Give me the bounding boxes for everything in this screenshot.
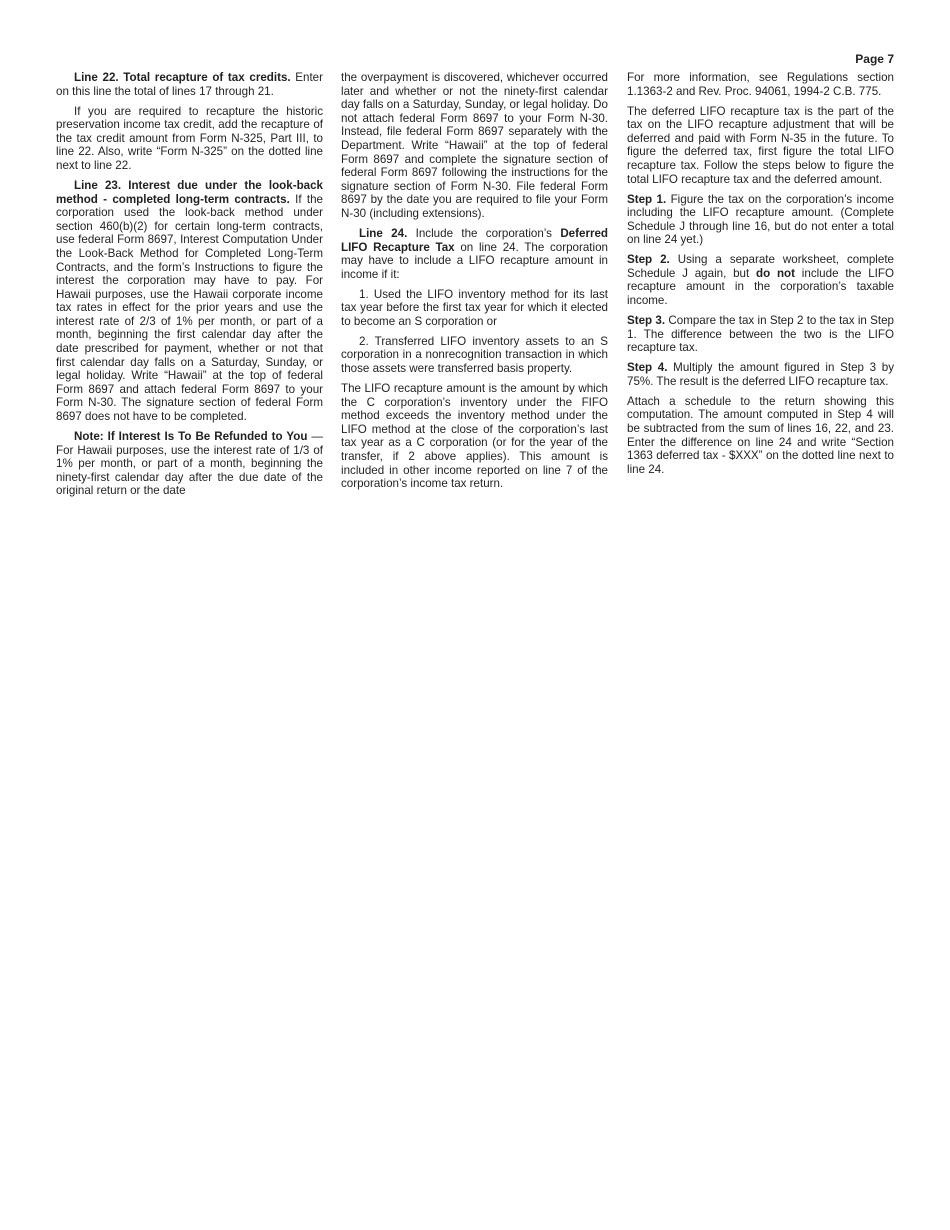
step-4-paragraph: Step 4. Multiply the amount figured in S… xyxy=(627,361,894,388)
step-3-paragraph: Step 3. Compare the tax in Step 2 to the… xyxy=(627,314,894,355)
more-info-paragraph: For more information, see Regulations se… xyxy=(627,71,894,98)
column-2: the overpayment is discovered, whichever… xyxy=(341,71,608,497)
step-1-label: Step 1. xyxy=(627,193,666,206)
historic-preservation-paragraph: If you are required to recapture the his… xyxy=(56,105,323,173)
line-23-heading: Line 23. Interest due under the look-bac… xyxy=(56,179,323,206)
condition-2-paragraph: 2. Transferred LIFO inventory assets to … xyxy=(341,335,608,376)
step-3-label: Step 3. xyxy=(627,314,665,327)
column-3: For more information, see Regulations se… xyxy=(627,71,894,483)
overpayment-continued-paragraph: the overpayment is discovered, whichever… xyxy=(341,71,608,221)
deferred-tax-paragraph: The deferred LIFO recapture tax is the p… xyxy=(627,105,894,187)
line-23-paragraph: Line 23. Interest due under the look-bac… xyxy=(56,179,323,424)
step-2-label: Step 2. xyxy=(627,253,670,266)
condition-1-paragraph: 1. Used the LIFO inventory method for it… xyxy=(341,288,608,329)
column-1: Line 22. Total recapture of tax credits.… xyxy=(56,71,323,504)
page-number: Page 7 xyxy=(855,53,894,67)
step-1-paragraph: Step 1. Figure the tax on the corporatio… xyxy=(627,193,894,247)
lifo-recapture-amount-paragraph: The LIFO recapture amount is the amount … xyxy=(341,382,608,491)
line-24-heading: Line 24. xyxy=(359,227,407,240)
line-22-heading: Line 22. Total recapture of tax credits. xyxy=(74,71,291,84)
line-22-paragraph: Line 22. Total recapture of tax credits.… xyxy=(56,71,323,98)
line-24-paragraph: Line 24. Include the corporation’s Defer… xyxy=(341,227,608,281)
attach-schedule-paragraph: Attach a schedule to the return showing … xyxy=(627,395,894,477)
refund-note-heading: Note: If Interest Is To Be Refunded to Y… xyxy=(74,430,307,443)
step-2-paragraph: Step 2. Using a separate worksheet, comp… xyxy=(627,253,894,307)
refund-note-paragraph: Note: If Interest Is To Be Refunded to Y… xyxy=(56,430,323,498)
step-4-label: Step 4. xyxy=(627,361,667,374)
